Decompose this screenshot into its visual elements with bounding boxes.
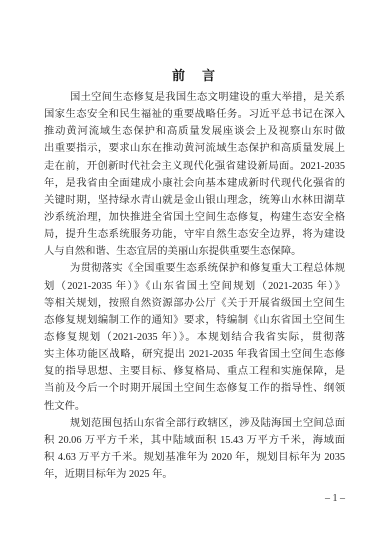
text-line: 复的指导思想、主要目标、修复格局、重点工程和实施保障，是 (44, 363, 345, 380)
text-line: 积 20.06 万平方千米，其中陆域面积 15.43 万平方千米，海域面 (44, 432, 345, 449)
text-line: 关键时期，坚持绿水青山就是金山银山理念，统筹山水林田湖草 (44, 192, 345, 209)
text-line: 规划范围包括山东省全部行政辖区，涉及陆海国土空间总面 (44, 415, 345, 432)
text-line: 推动黄河流域生态保护和高质量发展座谈会上及视察山东时做 (44, 123, 345, 140)
text-line: 国土空间生态修复是我国生态文明建设的重大举措，是关系 (44, 89, 345, 106)
document-body: 国土空间生态修复是我国生态文明建设的重大举措，是关系国家生态安全和民生福祉的重要… (44, 89, 345, 483)
text-line: 划（2021-2035 年）》《山东省国土空间规划（2021-2035 年）》 (44, 278, 345, 295)
text-line: 积 4.63 万平方千米。规划基准年为 2020 年，规划目标年为 2035 (44, 449, 345, 466)
text-line: 当前及今后一个时期开展国土空间生态修复工作的指导性、纲领 (44, 380, 345, 397)
text-line: 走在前，开创新时代社会主义现代化强省建设新局面。2021-2035 (44, 158, 345, 175)
text-line: 为贯彻落实《全国重要生态系统保护和修复重大工程总体规 (44, 260, 345, 277)
text-line: 实主体功能区战略，研究提出 2021-2035 年我省国土空间生态修 (44, 346, 345, 363)
text-line: 出重要指示，要求山东在推动黄河流域生态保护和高质量发展上 (44, 140, 345, 157)
text-line: 国家生态安全和民生福祉的重要战略任务。习近平总书记在深入 (44, 106, 345, 123)
text-line: 性文件。 (44, 398, 345, 415)
text-line: 年，是我省由全面建成小康社会向基本建成新时代现代化强省的 (44, 175, 345, 192)
page-title: 前 言 (44, 68, 345, 83)
text-line: 沙系统治理，加快推进全省国土空间生态修复，构建生态安全格 (44, 209, 345, 226)
text-line: 局，提升生态系统服务功能，守牢自然生态安全边界，将为建设 (44, 226, 345, 243)
text-line: 态修复规划编制工作的通知》要求，特编制《山东省国土空间生 (44, 312, 345, 329)
text-line: 年，近期目标年为 2025 年。 (44, 466, 345, 483)
document-page: 前 言 国土空间生态修复是我国生态文明建设的重大举措，是关系国家生态安全和民生福… (0, 0, 390, 551)
page-number: – 1 – (44, 492, 345, 506)
text-line: 态修复规划（2021-2035 年）》。本规划结合我省实际，贯彻落 (44, 329, 345, 346)
text-line: 人与自然和谐、生态宜居的美丽山东提供重要生态保障。 (44, 243, 345, 260)
text-line: 等相关规划，按照自然资源部办公厅《关于开展省级国土空间生 (44, 295, 345, 312)
